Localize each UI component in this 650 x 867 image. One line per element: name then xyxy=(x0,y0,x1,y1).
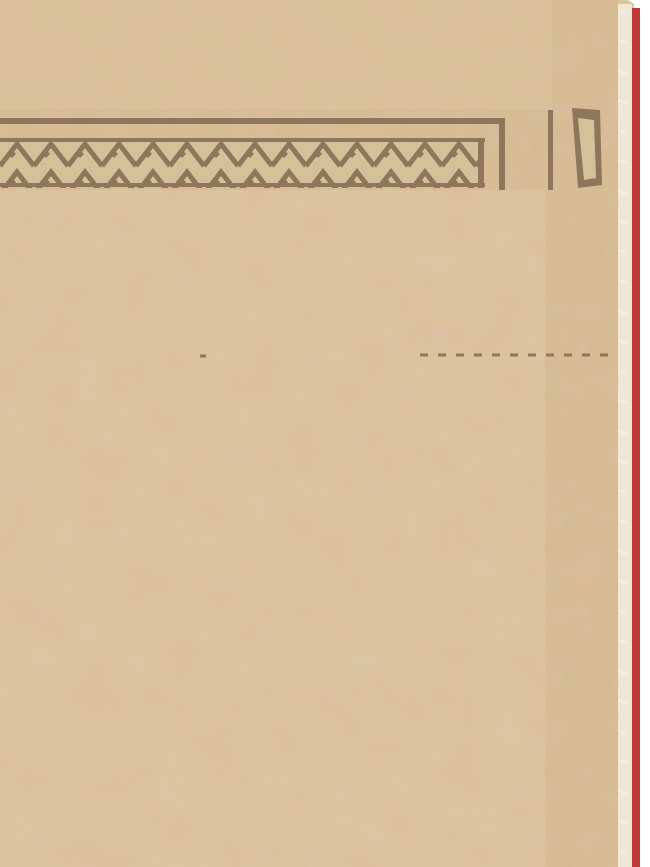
rug-image xyxy=(0,0,650,867)
rug-photo: Worn ivory and apricot field with faded … xyxy=(0,0,650,867)
